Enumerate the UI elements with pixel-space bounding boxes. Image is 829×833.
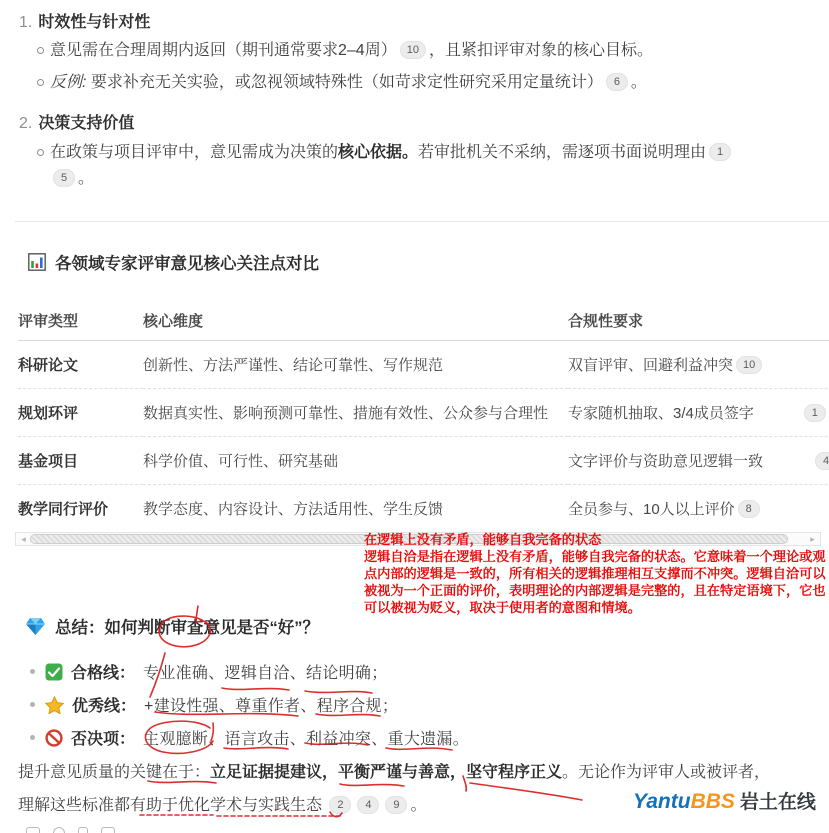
list-item: 在政策与项目评审中，意见需成为决策的核心依据。若审批机关不采纳，需逐项书面说明理…: [50, 140, 752, 192]
summary-item-excellent: 优秀线： +建设性强、尊重作者、程序合规；: [30, 693, 398, 716]
citation-badge[interactable]: 4: [815, 452, 829, 470]
text-segment: 。: [631, 74, 647, 91]
list-heading-title: 时效性与针对性: [38, 14, 150, 31]
text-segment: 若审批机关不采纳，需逐项书面说明理由: [418, 144, 706, 161]
summary-item-text: 专业准确、逻辑自洽、结论明确；: [143, 660, 388, 683]
scroll-left-arrow-icon[interactable]: ◂: [17, 533, 30, 545]
citation-badge[interactable]: 10: [400, 41, 426, 59]
bullet-dot-icon: [30, 669, 35, 674]
closing-paragraph-line2: 理解这些标准都有助于优化学术与实践生态 249。: [18, 796, 426, 816]
summary-item-label: 合格线：: [71, 660, 135, 683]
watermark-yantu: Yantu: [633, 790, 691, 813]
bullet-circle-icon: [37, 149, 44, 156]
text-segment: 理解这些标准都有助于优化学术与实践生态: [18, 797, 326, 814]
citation-badge[interactable]: 1: [804, 404, 826, 422]
bar-chart-icon: [28, 253, 46, 271]
text-segment: 立足证据提建议，平衡严谨与善意，坚守程序正义: [210, 764, 562, 781]
list-item-text: 反例: 要求补充无关实验，或忽视领域特殊性（如苛求定性研究采用定量统计）6。: [50, 74, 647, 91]
text-segment: 提升意见质量的关键在于：: [18, 764, 210, 781]
cell-text: 全员参与、10人以上评价: [568, 501, 735, 518]
watermark-cjk: 岩土在线: [740, 792, 816, 813]
text-segment: 。无论作为评审人或被评者，: [562, 764, 770, 781]
watermark-bbs: BBS: [691, 790, 735, 813]
text-segment: 。: [78, 170, 94, 187]
citation-badge[interactable]: 5: [53, 169, 75, 187]
citation-badge[interactable]: 1: [709, 143, 731, 161]
cell-text: 双盲评审、回避利益冲突: [568, 357, 733, 374]
red-annotation-line1: 在逻辑上没有矛盾，能够自我完备的状态: [364, 531, 829, 548]
bullet-circle-icon: [37, 47, 44, 54]
list-item: 反例: 要求补充无关实验，或忽视领域特殊性（如苛求定性研究采用定量统计）6。: [50, 70, 829, 96]
summary-item-label: 否决项：: [71, 726, 135, 749]
cell-text: 专家随机抽取、3/4成员签字: [568, 405, 754, 422]
comparison-table: 评审类型 核心维度 合规性要求 科研论文 创新性、方法严谨性、结论可靠性、写作规…: [18, 300, 829, 532]
red-annotation-paragraph: 逻辑自洽是指在逻辑上没有矛盾，能够自我完备的状态。它意味着一个理论或观点内部的逻…: [364, 548, 829, 616]
star-icon: [45, 696, 64, 714]
table-section-title: 各领域专家评审意见核心关注点对比: [28, 250, 319, 274]
diamond-icon: [25, 617, 46, 636]
check-icon: [45, 663, 63, 681]
bullet-circle-icon: [37, 79, 44, 86]
list-item-text: 在政策与项目评审中，意见需成为决策的核心依据。若审批机关不采纳，需逐项书面说明理…: [50, 144, 734, 187]
text-segment: 在政策与项目评审中，意见需成为决策的: [50, 144, 338, 161]
table-row: 科研论文 创新性、方法严谨性、结论可靠性、写作规范 双盲评审、回避利益冲突10: [18, 341, 829, 389]
text-segment: 要求补充无关实验，或忽视领域特殊性（如苛求定性研究采用定量统计）: [86, 74, 602, 91]
list-heading-1: 1.时效性与针对性: [19, 9, 150, 32]
citation-badge[interactable]: 4: [357, 796, 379, 814]
list-heading-2: 2.决策支持价值: [19, 110, 134, 133]
citation-badge[interactable]: 6: [606, 73, 628, 91]
summary-heading: 总结：如何判断审查意见是否“好”？: [25, 614, 319, 638]
comparison-table-container[interactable]: 评审类型 核心维度 合规性要求 科研论文 创新性、方法严谨性、结论可靠性、写作规…: [18, 300, 829, 532]
copy-icon[interactable]: [26, 827, 40, 833]
list-heading-title: 决策支持价值: [38, 115, 134, 132]
document-page: 1.时效性与针对性 意见需在合理周期内返回（期刊通常要求2–4周）10，且紧扣评…: [0, 0, 829, 833]
table-row: 教学同行评价 教学态度、内容设计、方法适用性、学生反馈 全员参与、10人以上评价…: [18, 485, 829, 533]
bullet-dot-icon: [30, 702, 35, 707]
summary-item-text: 主观臆断、语言攻击、利益冲突、重大遗漏。: [143, 726, 469, 749]
table-row: 基金项目 科学价值、可行性、研究基础 文字评价与资助意见逻辑一致4: [18, 437, 829, 485]
table-row: 规划环评 数据真实性、影响预测可靠性、措施有效性、公众参与合理性 专家随机抽取、…: [18, 389, 829, 437]
text-segment: 。: [410, 797, 426, 814]
citation-badge[interactable]: 8: [738, 500, 760, 518]
cell-text: 文字评价与资助意见逻辑一致: [568, 453, 763, 470]
citation-badge[interactable]: 2: [329, 796, 351, 814]
thumbs-up-icon[interactable]: [78, 827, 88, 833]
text-segment: ，且紧扣评审对象的核心目标。: [429, 42, 653, 59]
text-segment: 意见需在合理周期内返回（期刊通常要求2–4周）: [50, 42, 397, 59]
table-title-text: 各领域专家评审意见核心关注点对比: [55, 250, 319, 274]
citation-badge[interactable]: 9: [385, 796, 407, 814]
summary-item-text: +建设性强、尊重作者、程序合规；: [144, 693, 398, 716]
list-item-text: 意见需在合理周期内返回（期刊通常要求2–4周）10，且紧扣评审对象的核心目标。: [50, 42, 653, 59]
col-header-core-dimensions: 核心维度: [143, 300, 568, 341]
summary-item-veto: 否决项： 主观臆断、语言攻击、利益冲突、重大遗漏。: [30, 726, 469, 749]
red-annotation-note: 在逻辑上没有矛盾，能够自我完备的状态 逻辑自洽是指在逻辑上没有矛盾，能够自我完备…: [364, 531, 829, 616]
text-segment: 核心依据。: [338, 144, 418, 161]
list-number: 1.: [19, 14, 32, 31]
text-segment: 反例:: [50, 74, 86, 91]
no-entry-icon: [45, 729, 63, 747]
table-header-row: 评审类型 核心维度 合规性要求: [18, 300, 829, 341]
citation-badge[interactable]: 10: [736, 356, 762, 374]
bullet-dot-icon: [30, 735, 35, 740]
section-divider: [15, 221, 829, 222]
summary-title-text: 总结：如何判断审查意见是否“好”？: [55, 614, 319, 638]
summary-item-label: 优秀线：: [72, 693, 136, 716]
refresh-icon[interactable]: [53, 827, 65, 833]
col-header-compliance: 合规性要求: [568, 300, 829, 341]
summary-item-pass: 合格线： 专业准确、逻辑自洽、结论明确；: [30, 660, 388, 683]
closing-paragraph-line1: 提升意见质量的关键在于：立足证据提建议，平衡严谨与善意，坚守程序正义。无论作为评…: [18, 763, 770, 783]
list-number: 2.: [19, 115, 32, 132]
thumbs-down-icon[interactable]: [101, 827, 115, 833]
list-item: 意见需在合理周期内返回（期刊通常要求2–4周）10，且紧扣评审对象的核心目标。: [50, 38, 829, 64]
col-header-review-type: 评审类型: [18, 300, 143, 341]
watermark-logo: YantuBBS岩土在线: [633, 787, 816, 814]
